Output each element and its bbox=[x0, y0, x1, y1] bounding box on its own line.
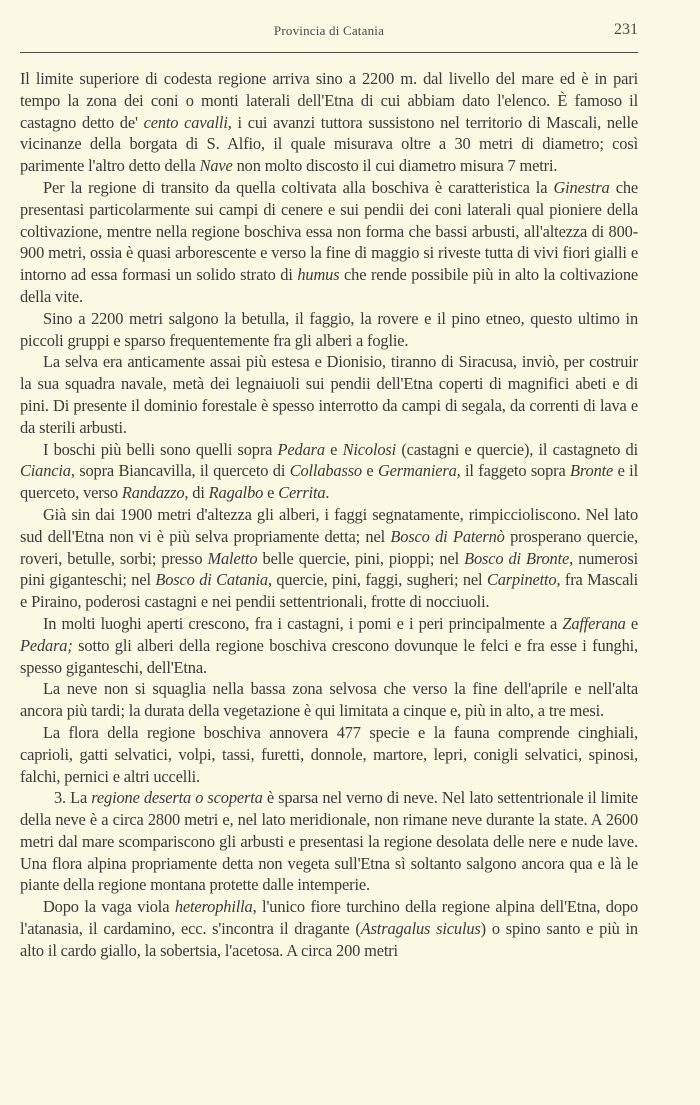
italic-term: Ginestra bbox=[553, 178, 609, 197]
italic-term: Randazzo bbox=[122, 483, 185, 502]
paragraph-1: Il limite superiore di codesta regione a… bbox=[20, 68, 638, 177]
text-run: e bbox=[325, 440, 343, 459]
italic-term: Ragalbo bbox=[209, 483, 264, 502]
text-run: , il faggeto sopra bbox=[457, 461, 570, 480]
text-run: Sino a 2200 metri salgono la betulla, il… bbox=[20, 309, 638, 350]
paragraph-10-section-3: 3. La regione deserta o scoperta è spars… bbox=[20, 787, 638, 896]
text-run: La neve non si squaglia nella bassa zona… bbox=[20, 679, 638, 720]
text-run: Dopo la vaga viola bbox=[43, 897, 175, 916]
italic-term: cento cavalli bbox=[144, 113, 228, 132]
text-run: e bbox=[626, 614, 638, 633]
page-number: 231 bbox=[614, 21, 638, 39]
paragraph-11: Dopo la vaga viola heterophilla, l'unico… bbox=[20, 896, 638, 961]
italic-term: Bronte bbox=[570, 461, 613, 480]
italic-term: Bosco di Paternò bbox=[390, 527, 504, 546]
paragraph-4: La selva era anticamente assai più estes… bbox=[20, 351, 638, 438]
italic-term: Germaniera bbox=[378, 461, 457, 480]
italic-term: Astragalus siculus bbox=[361, 919, 481, 938]
text-run: sotto gli alberi della regione boschiva … bbox=[20, 636, 638, 677]
body-text: Il limite superiore di codesta regione a… bbox=[20, 68, 638, 962]
text-run: (castagni e quercie), il castagneto di bbox=[396, 440, 638, 459]
italic-term: Bosco di Bronte bbox=[464, 549, 569, 568]
text-run: I boschi più belli sono quelli sopra bbox=[43, 440, 278, 459]
text-run: Per la regione di transito da quella col… bbox=[43, 178, 553, 197]
paragraph-7: In molti luoghi aperti crescono, fra i c… bbox=[20, 613, 638, 678]
italic-term: Collabasso bbox=[290, 461, 362, 480]
text-run: 3. La bbox=[54, 788, 91, 807]
italic-term: Ciancia bbox=[20, 461, 71, 480]
text-run: , sopra Biancavilla, il querceto di bbox=[71, 461, 290, 480]
italic-term: humus bbox=[297, 265, 339, 284]
running-title: Provincia di Catania bbox=[20, 23, 638, 39]
paragraph-3: Sino a 2200 metri salgono la betulla, il… bbox=[20, 308, 638, 352]
text-run: e bbox=[362, 461, 378, 480]
italic-term: regione deserta o scoperta bbox=[91, 788, 262, 807]
paragraph-6: Già sin dai 1900 metri d'altezza gli alb… bbox=[20, 504, 638, 613]
text-run: non molto discosto il cui diametro misur… bbox=[233, 156, 558, 175]
text-run: , quercie, pini, faggi, sugheri; nel bbox=[268, 570, 487, 589]
italic-term: Bosco di Catania bbox=[155, 570, 268, 589]
text-run: e bbox=[263, 483, 278, 502]
paragraph-2: Per la regione di transito da quella col… bbox=[20, 177, 638, 308]
italic-term: Pedara bbox=[278, 440, 325, 459]
italic-term: Pedara; bbox=[20, 636, 73, 655]
text-run: , di bbox=[184, 483, 208, 502]
book-page: Provincia di Catania 231 Il limite super… bbox=[20, 0, 638, 962]
paragraph-8: La neve non si squaglia nella bassa zona… bbox=[20, 678, 638, 722]
text-run: La flora della regione boschiva annovera… bbox=[20, 723, 638, 786]
paragraph-5: I boschi più belli sono quelli sopra Ped… bbox=[20, 439, 638, 504]
italic-term: Zafferana bbox=[562, 614, 625, 633]
paragraph-9: La flora della regione boschiva annovera… bbox=[20, 722, 638, 787]
text-run: belle quercie, pini, pioppi; nel bbox=[257, 549, 464, 568]
text-run: La selva era anticamente assai più estes… bbox=[20, 352, 638, 436]
italic-term: Carpinetto bbox=[487, 570, 557, 589]
italic-term: Cerrita bbox=[278, 483, 325, 502]
text-run: In molti luoghi aperti crescono, fra i c… bbox=[43, 614, 562, 633]
italic-term: Maletto bbox=[208, 549, 258, 568]
running-header: Provincia di Catania 231 bbox=[20, 0, 638, 53]
italic-term: Nicolosi bbox=[343, 440, 396, 459]
italic-term: Nave bbox=[200, 156, 233, 175]
italic-term: heterophilla bbox=[175, 897, 253, 916]
text-run: . bbox=[325, 483, 329, 502]
